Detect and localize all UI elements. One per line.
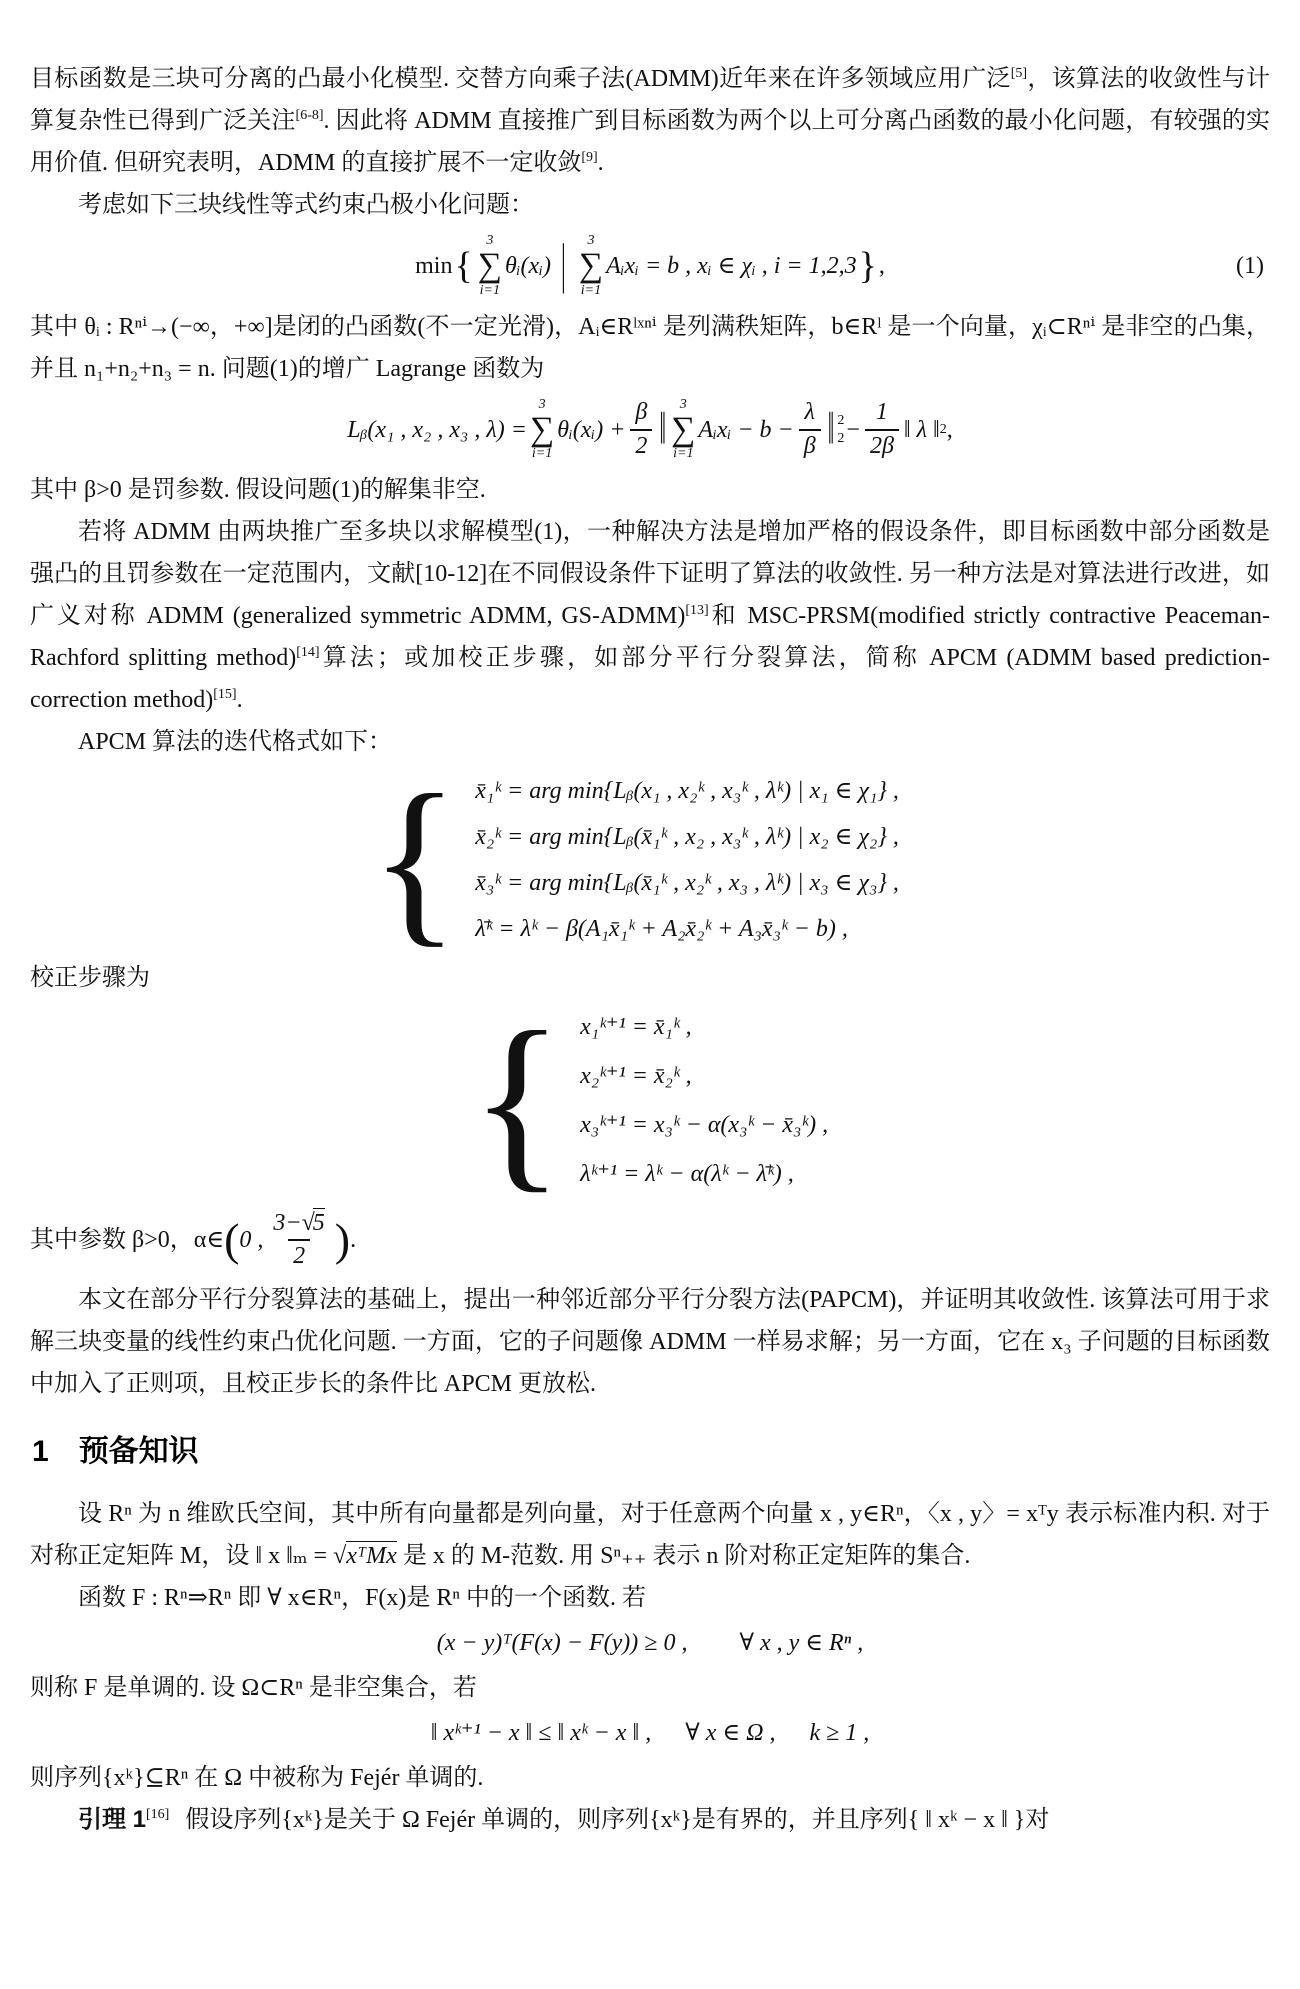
citation-ref: [5] — [1011, 66, 1027, 81]
apcm-line-x1: x̄₁ᵏ = arg min{Lᵦ(x₁ , x₂ᵏ , x₃ᵏ , λᵏ) |… — [475, 768, 899, 814]
norm-squared-sub2: 22 — [837, 412, 844, 447]
cases-lines: x₁ᵏ⁺¹ = x̄₁ᵏ , x₂ᵏ⁺¹ = x̄₂ᵏ , x₃ᵏ⁺¹ = x₃… — [580, 1003, 828, 1199]
lambda-norm: ‖ λ ‖ — [904, 409, 940, 451]
cases-brace: { — [370, 767, 459, 953]
correction-line-x1: x₁ᵏ⁺¹ = x̄₁ᵏ , — [580, 1003, 828, 1052]
minus-sign: − — [846, 409, 860, 451]
norm-bar: ‖ — [828, 390, 835, 470]
sqrt-icon: √ — [333, 1543, 346, 1569]
comma: , — [947, 409, 953, 451]
lemma-1: 引理 1[16]假设序列{xᵏ}是关于 Ω Fejér 单调的，则序列{xᵏ}是… — [30, 1799, 1270, 1841]
correction-line-lambda: λᵏ⁺¹ = λᵏ − α(λᵏ − λ̄ᵏ) , — [580, 1150, 828, 1199]
constraint-residual: Aᵢxᵢ − b − — [698, 409, 793, 451]
apcm-line-lambda: λ̄ᵏ = λᵏ − β(A₁x̄₁ᵏ + A₂x̄₂ᵏ + A₃x̄₃ᵏ − … — [475, 906, 899, 952]
correction-intro-line: 校正步骤为 — [30, 957, 1270, 999]
text-run: . — [598, 150, 604, 176]
lemma-body: 假设序列{xᵏ}是关于 Ω Fejér 单调的，则序列{xᵏ}是有界的，并且序列… — [185, 1807, 1049, 1833]
right-brace: } — [859, 247, 877, 285]
correction-line-x3: x₃ᵏ⁺¹ = x₃ᵏ − α(x₃ᵏ − x̄₃ᵏ) , — [580, 1101, 828, 1150]
constraint-term: Aᵢxᵢ = b , xᵢ ∈ χᵢ , i = 1,2,3 — [606, 245, 857, 287]
sum-symbol: 3∑i=1 — [579, 234, 603, 298]
beta-parameter-paragraph: 其中 β>0 是罚参数. 假设问题(1)的解集非空. — [30, 469, 1270, 511]
cases-lines: x̄₁ᵏ = arg min{Lᵦ(x₁ , x₂ᵏ , x₃ᵏ , λᵏ) |… — [475, 768, 899, 952]
sum-symbol: 3∑i=1 — [671, 398, 695, 462]
lagrange-equation: Lᵦ(x₁ , x₂ , x₃ , λ) = 3∑i=1 θᵢ(xᵢ) + β2… — [30, 398, 1270, 462]
text-run: . — [237, 687, 243, 713]
apcm-line-x3: x̄₃ᵏ = arg min{Lᵦ(x̄₁ᵏ , x₂ᵏ , x₃ , λᵏ) … — [475, 860, 899, 906]
one-over-2beta-fraction: 12β — [865, 399, 899, 460]
text-run: 是 x 的 M-范数. 用 Sⁿ₊₊ 表示 n 阶对称正定矩阵的集合. — [397, 1543, 971, 1569]
equation-1: min { 3∑i=1 θᵢ(xᵢ) | 3∑i=1 Aᵢxᵢ = b , xᵢ… — [30, 234, 1270, 298]
comma: , — [879, 245, 885, 287]
euclidean-space-paragraph: 设 Rⁿ 为 n 维欧氏空间，其中所有向量都是列向量，对于任意两个向量 x , … — [30, 1493, 1270, 1577]
citation-ref: [9] — [581, 150, 597, 165]
citation-ref: [6-8] — [296, 108, 324, 123]
norm-bar: ‖ — [659, 390, 666, 470]
apcm-iteration-block: { x̄₁ᵏ = arg min{Lᵦ(x₁ , x₂ᵏ , x₃ᵏ , λᵏ)… — [370, 767, 1270, 953]
lemma-label: 引理 1 — [78, 1806, 146, 1833]
citation-ref: [14] — [296, 645, 319, 660]
fejer-definition-line: 则序列{xᵏ}⊆Rⁿ 在 Ω 中被称为 Fejér 单调的. — [30, 1757, 1270, 1799]
sum-symbol: 3∑i=1 — [478, 234, 502, 298]
quantifier: ∀ x , y ∈ Rⁿ , — [739, 1630, 863, 1656]
problem-intro-line: 考虑如下三块线性等式约束凸极小化问题： — [30, 184, 1270, 226]
theta-definition-paragraph: 其中 θᵢ : Rⁿⁱ→(−∞，+∞]是闭的凸函数(不一定光滑)，Aᵢ∈Rˡˣⁿ… — [30, 306, 1270, 390]
section-title: 预备知识 — [79, 1435, 199, 1468]
correction-line-x2: x₂ᵏ⁺¹ = x̄₂ᵏ , — [580, 1052, 828, 1101]
k-condition: k ≥ 1 , — [809, 1720, 869, 1746]
alpha-upper-bound-fraction: 3−√52 — [268, 1210, 329, 1271]
citation-ref: [16] — [146, 1807, 169, 1822]
sum-symbol: 3∑i=1 — [530, 398, 554, 462]
objective-term: θᵢ(xᵢ) — [505, 245, 551, 287]
fejer-inequality-equation: ‖ xᵏ⁺¹ − x ‖ ≤ ‖ xᵏ − x ‖ ,∀ x ∈ Ω ,k ≥ … — [30, 1710, 1270, 1756]
intro-paragraph: 目标函数是三块可分离的凸最小化模型. 交替方向乘子法(ADMM)近年来在许多领域… — [30, 58, 1270, 184]
admm-extension-paragraph: 若将 ADMM 由两块推广至多块以求解模型(1)，一种解决方法是增加严格的假设条… — [30, 511, 1270, 721]
apcm-line-x2: x̄₂ᵏ = arg min{Lᵦ(x̄₁ᵏ , x₂ , x₃ᵏ , λᵏ) … — [475, 814, 899, 860]
apcm-intro-line: APCM 算法的迭代格式如下： — [30, 721, 1270, 763]
correction-step-block: { x₁ᵏ⁺¹ = x̄₁ᵏ , x₂ᵏ⁺¹ = x̄₂ᵏ , x₃ᵏ⁺¹ = … — [470, 1003, 1270, 1199]
text-run: 目标函数是三块可分离的凸最小化模型. 交替方向乘子法(ADMM)近年来在许多领域… — [30, 66, 1011, 92]
lambda-over-beta-fraction: λβ — [799, 399, 821, 460]
quantifier: ∀ x ∈ Ω , — [685, 1720, 775, 1746]
citation-ref: [15] — [213, 687, 236, 702]
such-that-bar: | — [561, 218, 566, 315]
right-paren: ) — [335, 1217, 350, 1263]
papcm-contribution-paragraph: 本文在部分平行分裂算法的基础上，提出一种邻近部分平行分裂方法(PAPCM)，并证… — [30, 1279, 1270, 1405]
section-1-heading: 1预备知识 — [32, 1435, 1270, 1469]
theta-term: θᵢ(xᵢ) + — [557, 409, 625, 451]
period: . — [350, 1219, 356, 1261]
monotone-inequality-equation: (x − y)ᵀ(F(x) − F(y)) ≥ 0 ,∀ x , y ∈ Rⁿ … — [30, 1620, 1270, 1666]
left-brace: { — [454, 247, 472, 285]
function-f-paragraph: 函数 F : Rⁿ⇒Rⁿ 即 ∀ x∈Rⁿ，F(x)是 Rⁿ 中的一个函数. 若 — [30, 1577, 1270, 1619]
left-paren: ( — [224, 1217, 239, 1263]
cases-brace: { — [470, 1003, 564, 1199]
m-norm-radicand: xᵀMx — [346, 1541, 397, 1569]
monotone-definition-line: 则称 F 是单调的. 设 Ω⊂Rⁿ 是非空集合，若 — [30, 1667, 1270, 1709]
parameter-condition-line: 其中参数 β>0，α∈ ( 0 , 3−√52 ) . — [30, 1207, 1270, 1273]
lagrange-lhs: Lᵦ(x₁ , x₂ , x₃ , λ) = — [347, 409, 527, 451]
equation-number: (1) — [1236, 245, 1264, 287]
interval-lower: 0 , — [239, 1219, 263, 1261]
text-run: 其中参数 β>0，α∈ — [30, 1219, 224, 1261]
paper-page: 目标函数是三块可分离的凸最小化模型. 交替方向乘子法(ADMM)近年来在许多领域… — [0, 0, 1300, 1841]
citation-ref: [13] — [685, 603, 708, 618]
beta-over-2-fraction: β2 — [630, 399, 652, 460]
section-number: 1 — [32, 1435, 49, 1468]
min-operator: min — [415, 245, 452, 287]
